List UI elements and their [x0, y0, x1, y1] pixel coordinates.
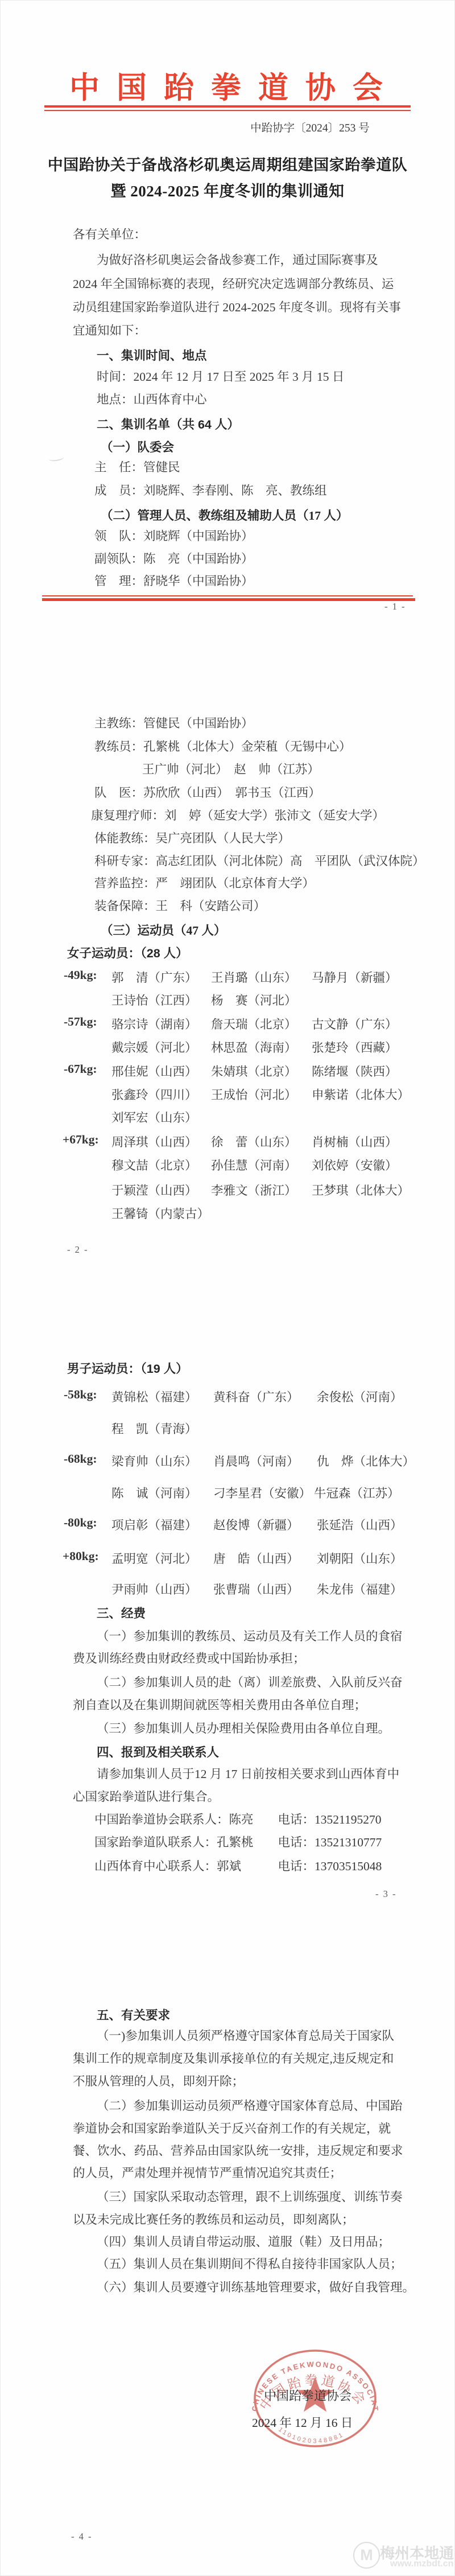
- athlete-name: 黄科奋（广东）: [213, 1388, 299, 1405]
- doc-line: 队 医：苏欣欣（山西） 郭书玉（江西）: [94, 785, 321, 801]
- athlete-name: 尹雨帅（山西）: [111, 1580, 197, 1598]
- doc-line: 主 任：管健民: [94, 460, 180, 475]
- athlete-name: 王肖璐（山东）: [211, 968, 297, 986]
- doc-line: 成 员：刘晓辉、李春刚、陈 亮、教练组: [94, 483, 327, 499]
- scan-smudge: [48, 454, 64, 462]
- doc-line: 宜通知如下：: [73, 323, 146, 339]
- page-number-4: - 4 -: [71, 2531, 93, 2542]
- doc-line: 的人员，严肃处理并视情节严重情况追究其责任；: [73, 2166, 342, 2181]
- doc-line: 集训工作的规章制度及集训承接单位的有关规定,违反规定和: [73, 2051, 394, 2067]
- doc-line: （三）运动员（47 人）: [101, 921, 226, 939]
- page1-footer-rule-thick: [42, 598, 415, 601]
- athlete-name: 赵俊博（新疆）: [213, 1516, 299, 1533]
- doc-line: 王广帅（河北） 赵 帅（江苏）: [142, 762, 320, 777]
- doc-line: 二、集训名单（共 64 人）: [97, 415, 239, 433]
- doc-line: 请参加集训人员于12 月 17 日前按相关要求到山西体育中: [97, 1767, 399, 1782]
- athlete-name: 王馨锜（内蒙古）: [111, 1204, 209, 1222]
- athlete-name: 唐 皓（山西）: [213, 1549, 299, 1567]
- doc-line: 副领队：陈 亮（中国跆协）: [94, 552, 254, 567]
- weight-class-label: -58kg:: [64, 1388, 97, 1402]
- doc-line: （一）队委会: [101, 438, 174, 455]
- athlete-name: 张曹瑞（山西）: [213, 1580, 299, 1598]
- athlete-name: 古文静（广东）: [312, 1015, 398, 1032]
- doc-line: （六）集训人员要遵守训练基地管理要求，做好自我管理。: [97, 2280, 415, 2295]
- doc-line: （五）集训人员在集训期间不得私自接待非国家队人员；: [97, 2257, 403, 2272]
- doc-line: 2024 年全国锦标赛的表现，经研究决定选调部分教练员、运: [73, 277, 394, 292]
- doc-line: 体能教练：吴广亮团队（人民大学）: [94, 831, 290, 846]
- athlete-name: 刁李星君（安徽）: [213, 1484, 311, 1501]
- athlete-name: 刘朝阳（山东）: [317, 1549, 403, 1567]
- athlete-name: 徐 蕾（山东）: [211, 1133, 297, 1150]
- signature-org: 中国跆拳道协会: [264, 2386, 351, 2404]
- doc-line: 主教练：管健民（中国跆协）: [94, 716, 254, 731]
- athlete-name: 刘依婷（安徽）: [312, 1156, 398, 1174]
- weight-class-label: -80kg:: [64, 1516, 97, 1530]
- doc-line: 餐、饮水、药品、营养品由国家队统一安排，违反规定和要求: [73, 2143, 403, 2159]
- document-number: 中跆协字〔2024〕253 号: [250, 119, 370, 135]
- weight-class-label: -67kg:: [64, 1062, 97, 1076]
- doc-line: 一、集训时间、地点: [97, 346, 207, 364]
- athlete-name: 林思盈（海南）: [211, 1038, 297, 1056]
- athlete-name: 张楚玲（西藏）: [312, 1038, 398, 1056]
- doc-title-line2: 暨 2024-2025 年度冬训的集训通知: [111, 179, 345, 201]
- doc-line: 管 理：舒晓华（中国跆协）: [94, 574, 254, 589]
- athlete-name: 陈绪堰（陕西）: [312, 1062, 398, 1080]
- athlete-name: 孟明宽（河北）: [111, 1549, 197, 1567]
- athlete-name: 马静月（新疆）: [312, 968, 398, 986]
- athlete-name: 骆宗诗（湖南）: [111, 1015, 197, 1032]
- doc-line: 心国家跆拳道队进行集合。: [73, 1789, 220, 1805]
- athlete-name: 邢佳妮（山西）: [111, 1062, 197, 1080]
- doc-line: 三、经费: [97, 1604, 146, 1622]
- doc-line: 不服从管理的人员，即刻开除；: [73, 2074, 244, 2089]
- doc-line: 男子运动员：（19 人）: [67, 1359, 188, 1377]
- page-number-1: - 1 -: [384, 601, 406, 612]
- doc-line: 领 队：刘晓辉（中国跆协）: [94, 529, 254, 544]
- athlete-name: 朱龙伟（福建）: [317, 1580, 403, 1598]
- doc-line: 四、报到及相关联系人: [97, 1743, 219, 1760]
- page-number-3: - 3 -: [375, 1888, 397, 1900]
- athlete-name: 项启彰（福建）: [111, 1516, 197, 1533]
- doc-line: 科研专家：高志红团队（河北体院）高 平团队（武汉体院）: [94, 854, 425, 869]
- doc-line: 国家跆拳道队联系人：孔繁桃 电话：13521310777: [94, 1835, 382, 1850]
- athlete-name: 王诗怡（江西）: [111, 991, 197, 1009]
- weight-class-label: -49kg:: [64, 968, 97, 982]
- athlete-name: 张鑫玲（四川）: [111, 1085, 197, 1103]
- athlete-name: 张延浩（山西）: [317, 1516, 403, 1533]
- athlete-name: 王成怡（河北）: [211, 1085, 297, 1103]
- doc-line: 费及训练经费由财政经费或中国跆协承担；: [73, 1651, 305, 1666]
- athlete-name: 刘军宏（山东）: [111, 1108, 197, 1126]
- weight-class-label: +67kg:: [63, 1133, 99, 1147]
- athlete-name: 牛冠森（江苏）: [314, 1484, 400, 1501]
- watermark-logo-icon: M: [353, 2542, 380, 2569]
- doc-line: 中国跆拳道协会联系人：陈亮 电话：13521195270: [94, 1812, 381, 1828]
- doc-line: （四）集训人员请自带运动服、道服（鞋）及日用品；: [97, 2235, 390, 2250]
- athlete-name: 郭 清（广东）: [111, 968, 197, 986]
- doc-line: 各有关单位：: [73, 227, 146, 242]
- doc-line: 五、有关要求: [97, 2006, 170, 2023]
- athlete-name: 余俊松（河南）: [317, 1388, 403, 1405]
- athlete-name: 穆文喆（北京）: [111, 1156, 197, 1174]
- doc-line: 地点：山西体育中心: [97, 392, 207, 408]
- doc-line: 时间：2024 年 12 月 17 日至 2025 年 3 月 15 日: [97, 369, 344, 385]
- doc-line: 动员组建国家跆拳道队进行 2024-2025 年度冬训。现将有关事: [73, 300, 401, 315]
- athlete-name: 肖树楠（山西）: [312, 1133, 398, 1150]
- signature-date: 2024 年 12 月 16 日: [252, 2413, 353, 2431]
- athlete-name: 戴宗媛（河北）: [111, 1038, 197, 1056]
- doc-line: （一)参加集训人员须严格遵守国家体育总局关于国家队: [97, 2028, 394, 2044]
- scanned-document: 中国跆拳道协会 中跆协字〔2024〕253 号 中国跆协关于备战洛杉矶奥运周期组…: [0, 0, 455, 2576]
- doc-line: 以及未完成比赛任务的教练员和运动员，即刻离队；: [73, 2212, 354, 2228]
- doc-line: 女子运动员：（28 人）: [67, 944, 188, 961]
- athlete-name: 陈 诚（河南）: [111, 1484, 197, 1501]
- weight-class-label: -57kg:: [64, 1015, 97, 1029]
- athlete-name: 孙佳慧（河南）: [211, 1156, 297, 1174]
- doc-line: （二）参加集训运动员须严格遵守国家体育总局、中国跆: [97, 2098, 403, 2114]
- doc-line: 剂自查以及在集训期间就医等相关费用由各单位自理；: [73, 1698, 366, 1713]
- athlete-name: 肖晨鸣（河南）: [213, 1452, 299, 1470]
- doc-title-line1: 中国跆协关于备战洛杉矶奥运周期组建国家跆拳道队: [48, 153, 408, 175]
- athlete-name: 李雅文（浙江）: [211, 1181, 297, 1199]
- watermark-site-url: www.mzbdt.cn: [390, 2559, 453, 2569]
- letterhead-org-name: 中国跆拳道协会: [69, 64, 400, 107]
- doc-line: （二）参加集训人员的赴（离）训差旅费、入队前反兴奋: [97, 1675, 403, 1690]
- doc-line: 营养监控：严 翊团队（北京体育大学）: [94, 876, 315, 891]
- letterhead-rule-thin: [44, 110, 411, 111]
- page-number-2: - 2 -: [67, 1244, 89, 1256]
- doc-line: （二）管理人员、教练组及辅助人员（17 人）: [101, 506, 348, 524]
- weight-class-label: -68kg:: [64, 1452, 97, 1466]
- doc-line: 为做好洛杉矶奥运会备战参赛工作，通过国际赛事及: [97, 253, 378, 268]
- doc-line: 装备保障：王 科（安踏公司）: [94, 899, 266, 914]
- doc-line: （三）国家队采取动态管理，跟不上训练强度、训练节奏: [97, 2190, 403, 2205]
- weight-class-label: +80kg:: [63, 1549, 99, 1563]
- athlete-name: 朱婧琪（北京）: [211, 1062, 297, 1080]
- athlete-name: 詹天瑞（北京）: [211, 1015, 297, 1032]
- athlete-name: 于颖滢（山西）: [111, 1181, 197, 1199]
- athlete-name: 王梦琪（北体大）: [312, 1181, 409, 1199]
- athlete-name: 程 凯（青海）: [111, 1419, 197, 1437]
- doc-line: 山西体育中心联系人：郭斌 电话：13703515048: [94, 1859, 382, 1874]
- athlete-name: 梁育帅（山东）: [111, 1452, 197, 1470]
- athlete-name: 周泽琪（山西）: [111, 1133, 197, 1150]
- athlete-name: 杨 赛（河北）: [211, 991, 297, 1009]
- athlete-name: 申紫诺（北体大）: [312, 1085, 409, 1103]
- doc-line: 康复理疗师：刘 婷（延安大学）张沛文（延安大学）: [91, 808, 384, 824]
- athlete-name: 黄锦松（福建）: [111, 1388, 197, 1405]
- letterhead-rule-thick: [44, 105, 411, 108]
- athlete-name: 仇 烨（北体大）: [317, 1452, 415, 1470]
- doc-line: （三）参加集训人员办理相关保险费用由各单位自理。: [97, 1721, 390, 1736]
- doc-line: 教练员：孔繁桃（北体大）金荣稙（无锡中心）: [94, 739, 351, 755]
- doc-line: （一）参加集训的教练员、运动员及有关工作人员的食宿: [97, 1629, 403, 1644]
- doc-line: 拳道协会和国家跆拳道队关于反兴奋剂工作的有关规定，就: [73, 2121, 391, 2137]
- page1-footer-rule-thin: [42, 595, 413, 596]
